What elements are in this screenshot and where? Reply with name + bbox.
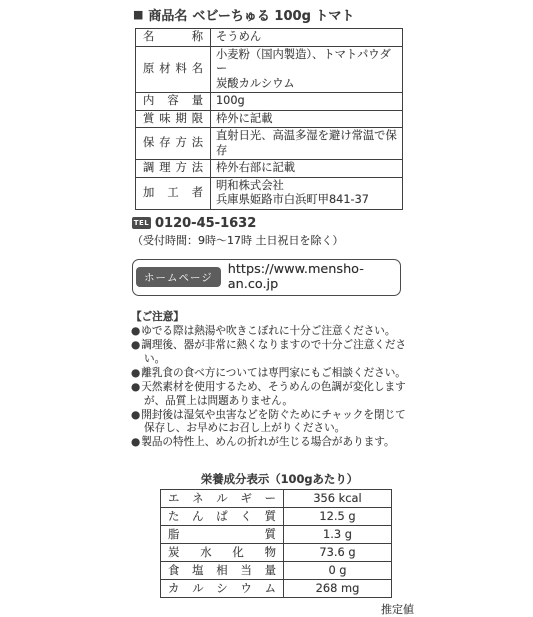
- row-value: 100g: [211, 93, 403, 111]
- row-label: 加工者: [136, 177, 211, 209]
- table-row: 賞味期限 枠外に記載: [136, 110, 403, 128]
- note-text: 製品の特性上、めんの折れが生じる場合があります。: [141, 436, 394, 448]
- table-row: 保存方法 直射日光、高温多湿を避け常温で保存: [136, 128, 403, 160]
- note-text: 離乳食の食べ方については専門家にもご相談ください。: [141, 367, 406, 379]
- homepage-box: ホームページ https://www.mensho-an.co.jp: [132, 259, 401, 296]
- estimated-value-note: 推定値: [160, 601, 420, 617]
- product-info-table: 名称 そうめん 原材料名 小麦粉（国内製造）、トマトパウダー 炭酸カルシウム 内…: [135, 28, 403, 210]
- nutrient-label: エネルギー: [161, 489, 284, 507]
- dot-bullet-icon: ●: [131, 339, 140, 351]
- row-label: 賞味期限: [136, 110, 211, 128]
- list-item: ●調理後、器が非常に熱くなりますので十分ご注意ください。: [131, 339, 411, 366]
- square-bullet-icon: ■: [133, 9, 143, 20]
- table-row: 名称 そうめん: [136, 29, 403, 47]
- table-row: 脂質 1.3 g: [161, 525, 392, 543]
- nutrition-table: エネルギー 356 kcal たんぱく質 12.5 g 脂質 1.3 g 炭水化…: [160, 489, 392, 598]
- list-item: ●開封後は湿気や虫害などを防ぐためにチャックを閉じて保存し、お早めにお召し上がり…: [131, 409, 411, 436]
- nutrient-value: 73.6 g: [284, 543, 392, 561]
- nutrient-label: 食塩相当量: [161, 561, 284, 579]
- note-text: 開封後は湿気や虫害などを防ぐためにチャックを閉じて保存し、お早めにお召し上がりく…: [141, 409, 406, 435]
- homepage-url: https://www.mensho-an.co.jp: [228, 262, 396, 292]
- table-row: たんぱく質 12.5 g: [161, 507, 392, 525]
- table-row: 食塩相当量 0 g: [161, 561, 392, 579]
- nutrient-label: カルシウム: [161, 579, 284, 597]
- row-label: 保存方法: [136, 128, 211, 160]
- table-row: 原材料名 小麦粉（国内製造）、トマトパウダー 炭酸カルシウム: [136, 46, 403, 93]
- phone-badge-icon: TEL: [132, 217, 151, 229]
- table-row: カルシウム 268 mg: [161, 579, 392, 597]
- nutrition-title: 栄養成分表示（100gあたり）: [162, 471, 397, 487]
- row-label: 調理方法: [136, 160, 211, 178]
- product-name-value: ベビーちゅる 100g トマト: [192, 5, 354, 24]
- table-row: エネルギー 356 kcal: [161, 489, 392, 507]
- caution-section: 【ご注意】 ●ゆでる際は熱湯や吹きこぼれに十分ご注意ください。 ●調理後、器が非…: [131, 311, 411, 450]
- row-value: そうめん: [211, 29, 403, 47]
- note-text: ゆでる際は熱湯や吹きこぼれに十分ご注意ください。: [141, 325, 395, 337]
- phone-number: 0120-45-1632: [155, 216, 256, 231]
- list-item: ●製品の特性上、めんの折れが生じる場合があります。: [131, 436, 411, 450]
- nutrient-value: 0 g: [284, 561, 392, 579]
- nutrient-value: 268 mg: [284, 579, 392, 597]
- nutrient-label: たんぱく質: [161, 507, 284, 525]
- nutrient-value: 1.3 g: [284, 525, 392, 543]
- reception-hours: （受付時間：9時～17時 土日祝日を除く）: [132, 232, 408, 248]
- list-item: ●ゆでる際は熱湯や吹きこぼれに十分ご注意ください。: [131, 325, 411, 339]
- dot-bullet-icon: ●: [131, 325, 140, 337]
- note-text: 調理後、器が非常に熱くなりますので十分ご注意ください。: [141, 339, 406, 365]
- nutrient-value: 356 kcal: [284, 489, 392, 507]
- nutrient-label: 炭水化物: [161, 543, 284, 561]
- dot-bullet-icon: ●: [131, 436, 140, 448]
- table-row: 加工者 明和株式会社 兵庫県姫路市白浜町甲841-37: [136, 177, 403, 209]
- row-value: 明和株式会社 兵庫県姫路市白浜町甲841-37: [211, 177, 403, 209]
- list-item: ●離乳食の食べ方については専門家にもご相談ください。: [131, 367, 411, 381]
- homepage-badge: ホームページ: [136, 267, 221, 287]
- product-name-label: 商品名: [148, 5, 187, 24]
- dot-bullet-icon: ●: [131, 367, 140, 379]
- table-row: 内容量 100g: [136, 93, 403, 111]
- row-label: 原材料名: [136, 46, 211, 93]
- dot-bullet-icon: ●: [131, 381, 140, 393]
- caution-heading: 【ご注意】: [131, 311, 411, 325]
- row-value: 枠外右部に記載: [211, 160, 403, 178]
- row-value: 小麦粉（国内製造）、トマトパウダー 炭酸カルシウム: [211, 46, 403, 93]
- nutrient-value: 12.5 g: [284, 507, 392, 525]
- dot-bullet-icon: ●: [131, 409, 140, 421]
- table-row: 調理方法 枠外右部に記載: [136, 160, 403, 178]
- table-row: 炭水化物 73.6 g: [161, 543, 392, 561]
- row-value: 直射日光、高温多湿を避け常温で保存: [211, 128, 403, 160]
- row-label: 名称: [136, 29, 211, 47]
- note-text: 天然素材を使用するため、そうめんの色調が変化しますが、品質上は問題ありません。: [141, 381, 405, 407]
- product-name-header: ■商品名 ベビーちゅる 100g トマト: [133, 5, 408, 24]
- row-label: 内容量: [136, 93, 211, 111]
- phone-line: TEL 0120-45-1632: [132, 216, 408, 231]
- row-value: 枠外に記載: [211, 110, 403, 128]
- nutrient-label: 脂質: [161, 525, 284, 543]
- label-scan: ■商品名 ベビーちゅる 100g トマト 名称 そうめん 原材料名 小麦粉（国内…: [130, 4, 408, 617]
- list-item: ●天然素材を使用するため、そうめんの色調が変化しますが、品質上は問題ありません。: [131, 381, 411, 408]
